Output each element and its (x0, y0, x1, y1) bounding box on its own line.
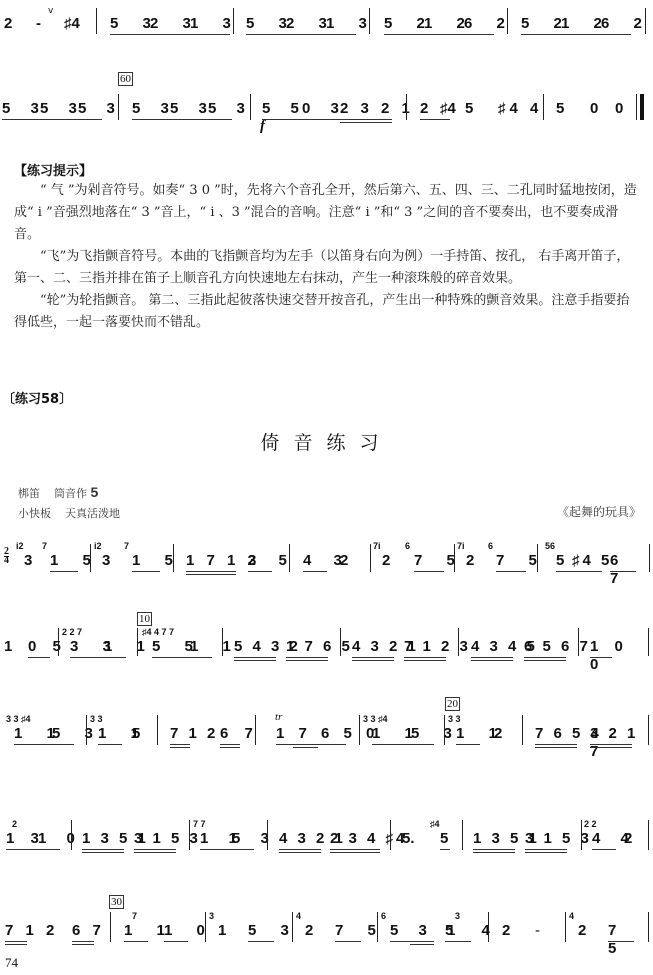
barline (255, 715, 256, 745)
barline (488, 912, 489, 942)
grace-note: 56 (545, 542, 555, 551)
grace-note: 2 2 (584, 820, 597, 829)
grace-note: 4 (296, 912, 301, 921)
note: 1 (4, 638, 12, 656)
barline (578, 628, 579, 656)
underline (50, 571, 78, 572)
note: 2 (502, 922, 510, 940)
grace-note: 3 (209, 912, 214, 921)
instrument-info: 梆笛 筒音作 5 (18, 484, 98, 501)
underline (2, 119, 102, 120)
underline (471, 657, 513, 658)
grace-note: 6 (405, 542, 410, 551)
barline (205, 912, 206, 942)
underline (535, 747, 577, 748)
hint-title: 【练习提示】 (14, 160, 92, 179)
underline (414, 571, 444, 572)
barline (90, 544, 91, 572)
note-group: ♯4 5 (572, 552, 612, 570)
note-group: 7 1 2 3 (404, 638, 471, 656)
barline (118, 94, 119, 120)
barline (137, 628, 138, 656)
note-group: 7 1 2 (5, 922, 58, 940)
grace-note: 4 (569, 912, 574, 921)
underline (372, 744, 434, 745)
note-group: 5 3 (411, 725, 462, 743)
underline (556, 571, 602, 572)
barline (390, 820, 391, 850)
underline (590, 747, 632, 748)
underline (384, 34, 494, 35)
note-group: 1 7 6 5 (286, 638, 353, 656)
barline (189, 820, 190, 850)
barline (157, 715, 158, 745)
underline (592, 849, 616, 850)
grace-note: 2 2 7 (62, 628, 82, 637)
note-group: 2 3 2 1 (340, 100, 414, 118)
barline (173, 544, 174, 572)
grace-note: i2 (16, 542, 24, 551)
underline (170, 747, 190, 748)
note: 0 (590, 100, 598, 118)
expression: 天真活泼地 (65, 507, 120, 520)
barline (645, 8, 646, 34)
underline (72, 941, 94, 942)
underline (473, 849, 515, 850)
instrument: 梆笛 (18, 487, 40, 500)
grace-note: ♯4 (430, 820, 440, 829)
underline (132, 571, 160, 572)
score-row-4: 2 1 3 1 0 1 3 5 1 3 1 5 3 7 7 1 1 5 3 4 … (0, 820, 653, 860)
note: 5 (465, 100, 473, 118)
underline (14, 744, 74, 745)
score-row-top-1: 2 - ♯4 v 5 3 2 3 1 3 5 3 2 3 1 3 5 2 1 2… (0, 0, 653, 40)
underline (234, 657, 276, 658)
score-row-top-2: 5 3 5 3 5 3 5 3 5 3 5 3 5 5 0 3 2 3 2 1 … (0, 92, 653, 132)
barline (370, 544, 371, 572)
underline (200, 849, 254, 850)
hint-paragraph-3: “轮”为轮指颤音。 第二、三指此起彼落快速交替开按音孔，产生出一种特殊的颤音效果… (14, 290, 642, 334)
underline (471, 660, 513, 661)
note: 5 (556, 552, 564, 570)
breath-mark: v (48, 8, 53, 15)
underline (410, 944, 434, 945)
grace-note: 7i (457, 542, 465, 551)
underline (98, 744, 122, 745)
note-group: 7 5 (335, 922, 386, 940)
note-group: 5 3 (232, 830, 277, 848)
underline (535, 744, 577, 745)
barline (250, 94, 251, 120)
barline (565, 912, 566, 942)
barline (537, 544, 538, 572)
underline (390, 941, 434, 942)
note-group: 1 1 (104, 638, 155, 656)
grace-note: 7 (124, 542, 129, 551)
note: 2 (340, 552, 348, 570)
note: 5 (132, 725, 140, 743)
note: 5. (402, 830, 415, 848)
note-group: 5 4 (445, 922, 502, 940)
barline (340, 628, 341, 656)
underline (473, 852, 515, 853)
underline (521, 34, 631, 35)
note-group: 6 7 (220, 725, 259, 743)
barline (96, 8, 97, 34)
barline (581, 820, 582, 850)
barline (458, 628, 459, 656)
barline (71, 820, 72, 850)
underline (6, 849, 60, 850)
note-group: 6 7 (72, 922, 105, 940)
note-group: 5 5 (262, 100, 307, 118)
underline (82, 849, 124, 850)
grace-note: 7 7 (193, 820, 206, 829)
note: 1 (218, 922, 226, 940)
note: 0 (615, 100, 623, 118)
grace-note: 3 3 ♯4 (363, 715, 388, 724)
underline (590, 657, 612, 658)
underline (164, 941, 188, 942)
underline (220, 747, 240, 748)
note-group: 6 5 6 7 (524, 638, 591, 656)
rehearsal-mark-10: 10 (137, 612, 152, 626)
barline (543, 94, 544, 120)
underline (170, 744, 190, 745)
underline (110, 34, 230, 35)
underline (82, 852, 124, 853)
note-group: 0 5 (28, 638, 67, 656)
barline (444, 715, 445, 745)
note-group: 5 3 (52, 725, 103, 743)
piece-source: 《起舞的玩具》 (557, 503, 641, 520)
note-group: 5 3 (78, 100, 123, 118)
note: 2 (466, 552, 474, 570)
underline (220, 744, 240, 745)
underline (440, 849, 450, 850)
barline (648, 628, 649, 656)
barline (86, 715, 87, 745)
rehearsal-mark-60: 60 (118, 72, 133, 86)
underline (134, 849, 176, 850)
underline (152, 657, 212, 658)
grace-note: i2 (94, 542, 102, 551)
note-group: 3 2 1 7 (590, 725, 653, 761)
underline (279, 849, 321, 850)
key-note: 5 (91, 484, 99, 500)
underline (279, 852, 321, 853)
underline (248, 941, 274, 942)
note-group: 7 5 (496, 552, 547, 570)
note: 2 (382, 552, 390, 570)
barline (58, 628, 59, 656)
note-group: 5 3 (208, 100, 253, 118)
barline (289, 544, 290, 572)
note: 2 (420, 100, 428, 118)
rehearsal-mark-20: 20 (445, 697, 460, 711)
note-group: 1 5 (50, 552, 101, 570)
underline (72, 944, 94, 945)
note-group: 1 7 6 5 0 (276, 725, 379, 743)
barline (406, 94, 407, 120)
note: 5 (556, 100, 564, 118)
barline (292, 912, 293, 942)
grace-note: 3 3 (90, 715, 103, 724)
note-group: 7 5 (414, 552, 465, 570)
underline (525, 849, 567, 850)
note: 3 (24, 552, 32, 570)
tempo-info: 小快板 天真活泼地 (18, 505, 120, 521)
exercise-title: 倚音练习 (0, 428, 653, 455)
barline (267, 820, 268, 850)
underline (610, 571, 636, 572)
underline (286, 660, 328, 661)
note-group: ♯4 4 (498, 100, 542, 118)
note-group: 6 7 (610, 552, 653, 588)
note-group: 7 1 2 (170, 725, 218, 743)
barline (369, 8, 370, 34)
barline (377, 912, 378, 942)
note: 2 (578, 922, 586, 940)
note: 2 (305, 922, 313, 940)
note-group: 3 1 5 3 (134, 830, 201, 848)
time-signature: 2 4 (4, 548, 9, 565)
note-group: 1 0 0 (590, 638, 653, 674)
underline (524, 660, 566, 661)
barline (222, 628, 223, 656)
note: 2 (624, 830, 632, 848)
underline (608, 941, 634, 942)
grace-note: ♯4 4 7 7 (142, 628, 174, 637)
barline (649, 544, 650, 572)
note-group: 2 3 4 ♯4 (330, 830, 407, 848)
key-text: 筒音作 (54, 487, 87, 500)
barline (648, 912, 649, 942)
score-row-1: 2 4 i2 3 7 1 5 i2 3 7 1 5 1 7 1 2 3 5 4 … (0, 540, 653, 580)
underline (525, 852, 567, 853)
note: ♯4 (64, 15, 80, 33)
tempo: 小快板 (18, 507, 51, 520)
grace-note: 7 (132, 912, 137, 921)
note-group: 1 1 (98, 725, 149, 743)
score-row-5: 7 1 2 6 7 7 1 1 1 0 3 1 5 3 4 2 7 5 6 5 … (0, 912, 653, 952)
hint-paragraph-1: “ 气 ”为剁音符号。如奏“ 3 0 ”时，先将六个音孔全开，然后第六、五、四、… (14, 180, 642, 246)
underline (70, 657, 126, 658)
hint-paragraph-2: “飞”为飞指颤音符号。本曲的飞指颤音均为左手（以笛身右向为例）一手持笛、按孔， … (14, 246, 642, 290)
score-row-3: 3 3 ♯4 1 1 5 3 3 3 1 1 5 7 1 2 6 7 tr 1 … (0, 715, 653, 755)
final-barline-thin (636, 94, 637, 120)
underline (286, 657, 328, 658)
underline (330, 849, 380, 850)
barline (454, 544, 455, 572)
barline (462, 820, 463, 850)
score-row-2: 1 0 5 2 2 7 3 3 1 1 ♯4 4 7 7 5 5 1 1 5 4… (0, 628, 653, 668)
underline (248, 571, 272, 572)
note-group: 1 0 (38, 830, 83, 848)
underline (340, 122, 392, 123)
dynamic-forte: f (260, 118, 265, 135)
barline (110, 912, 111, 942)
underline (404, 657, 446, 658)
underline (303, 571, 327, 572)
grace-note: 6 (488, 542, 493, 551)
underline (420, 119, 450, 120)
barline (233, 8, 234, 34)
note: ♯4 (440, 100, 456, 118)
hint-text: “ 气 ”为剁音符号。如奏“ 3 0 ”时，先将六个音孔全开，然后第六、五、四、… (14, 180, 642, 334)
underline (186, 571, 236, 572)
underline (28, 657, 50, 658)
underline (335, 941, 361, 942)
trill-mark: tr (275, 711, 282, 723)
barline (507, 8, 508, 34)
final-barline-thick (640, 94, 644, 120)
underline (404, 660, 446, 661)
barline (522, 715, 523, 745)
exercise-label: 〔练习58〕 (2, 388, 72, 407)
dash: - (36, 15, 41, 33)
underline (124, 941, 148, 942)
underline (186, 574, 236, 575)
underline (134, 852, 176, 853)
note: 3 (102, 552, 110, 570)
note-group: 1 5 (132, 552, 183, 570)
note: 5 (440, 830, 448, 848)
rehearsal-mark-30: 30 (109, 895, 124, 909)
note-group: 7 5 (608, 922, 653, 958)
underline (132, 119, 232, 120)
dash: - (535, 922, 540, 940)
underline (524, 657, 566, 658)
barline (648, 715, 649, 745)
underline (5, 944, 27, 945)
underline (234, 660, 276, 661)
grace-note: 3 3 (448, 715, 461, 724)
barline (648, 820, 649, 850)
underline (246, 34, 356, 35)
underline (276, 744, 346, 745)
page-number: 74 (5, 955, 18, 971)
note: 2 (494, 725, 502, 743)
underline (496, 571, 526, 572)
grace-note: 3 (455, 912, 460, 921)
underline (590, 744, 632, 745)
barline (359, 715, 360, 745)
underline (293, 747, 318, 748)
underline (5, 941, 27, 942)
underline (262, 119, 392, 120)
note-group: 1 0 (164, 922, 215, 940)
grace-note: 3 3 ♯4 (6, 715, 31, 724)
grace-note: 7 (42, 542, 47, 551)
underline (330, 852, 380, 853)
grace-note: 2 (12, 820, 17, 829)
underline (456, 744, 480, 745)
note: 2 (4, 15, 12, 33)
underline (352, 657, 394, 658)
underline (445, 941, 471, 942)
underline (352, 660, 394, 661)
grace-note: 6 (381, 912, 386, 921)
grace-note: 7i (373, 542, 381, 551)
